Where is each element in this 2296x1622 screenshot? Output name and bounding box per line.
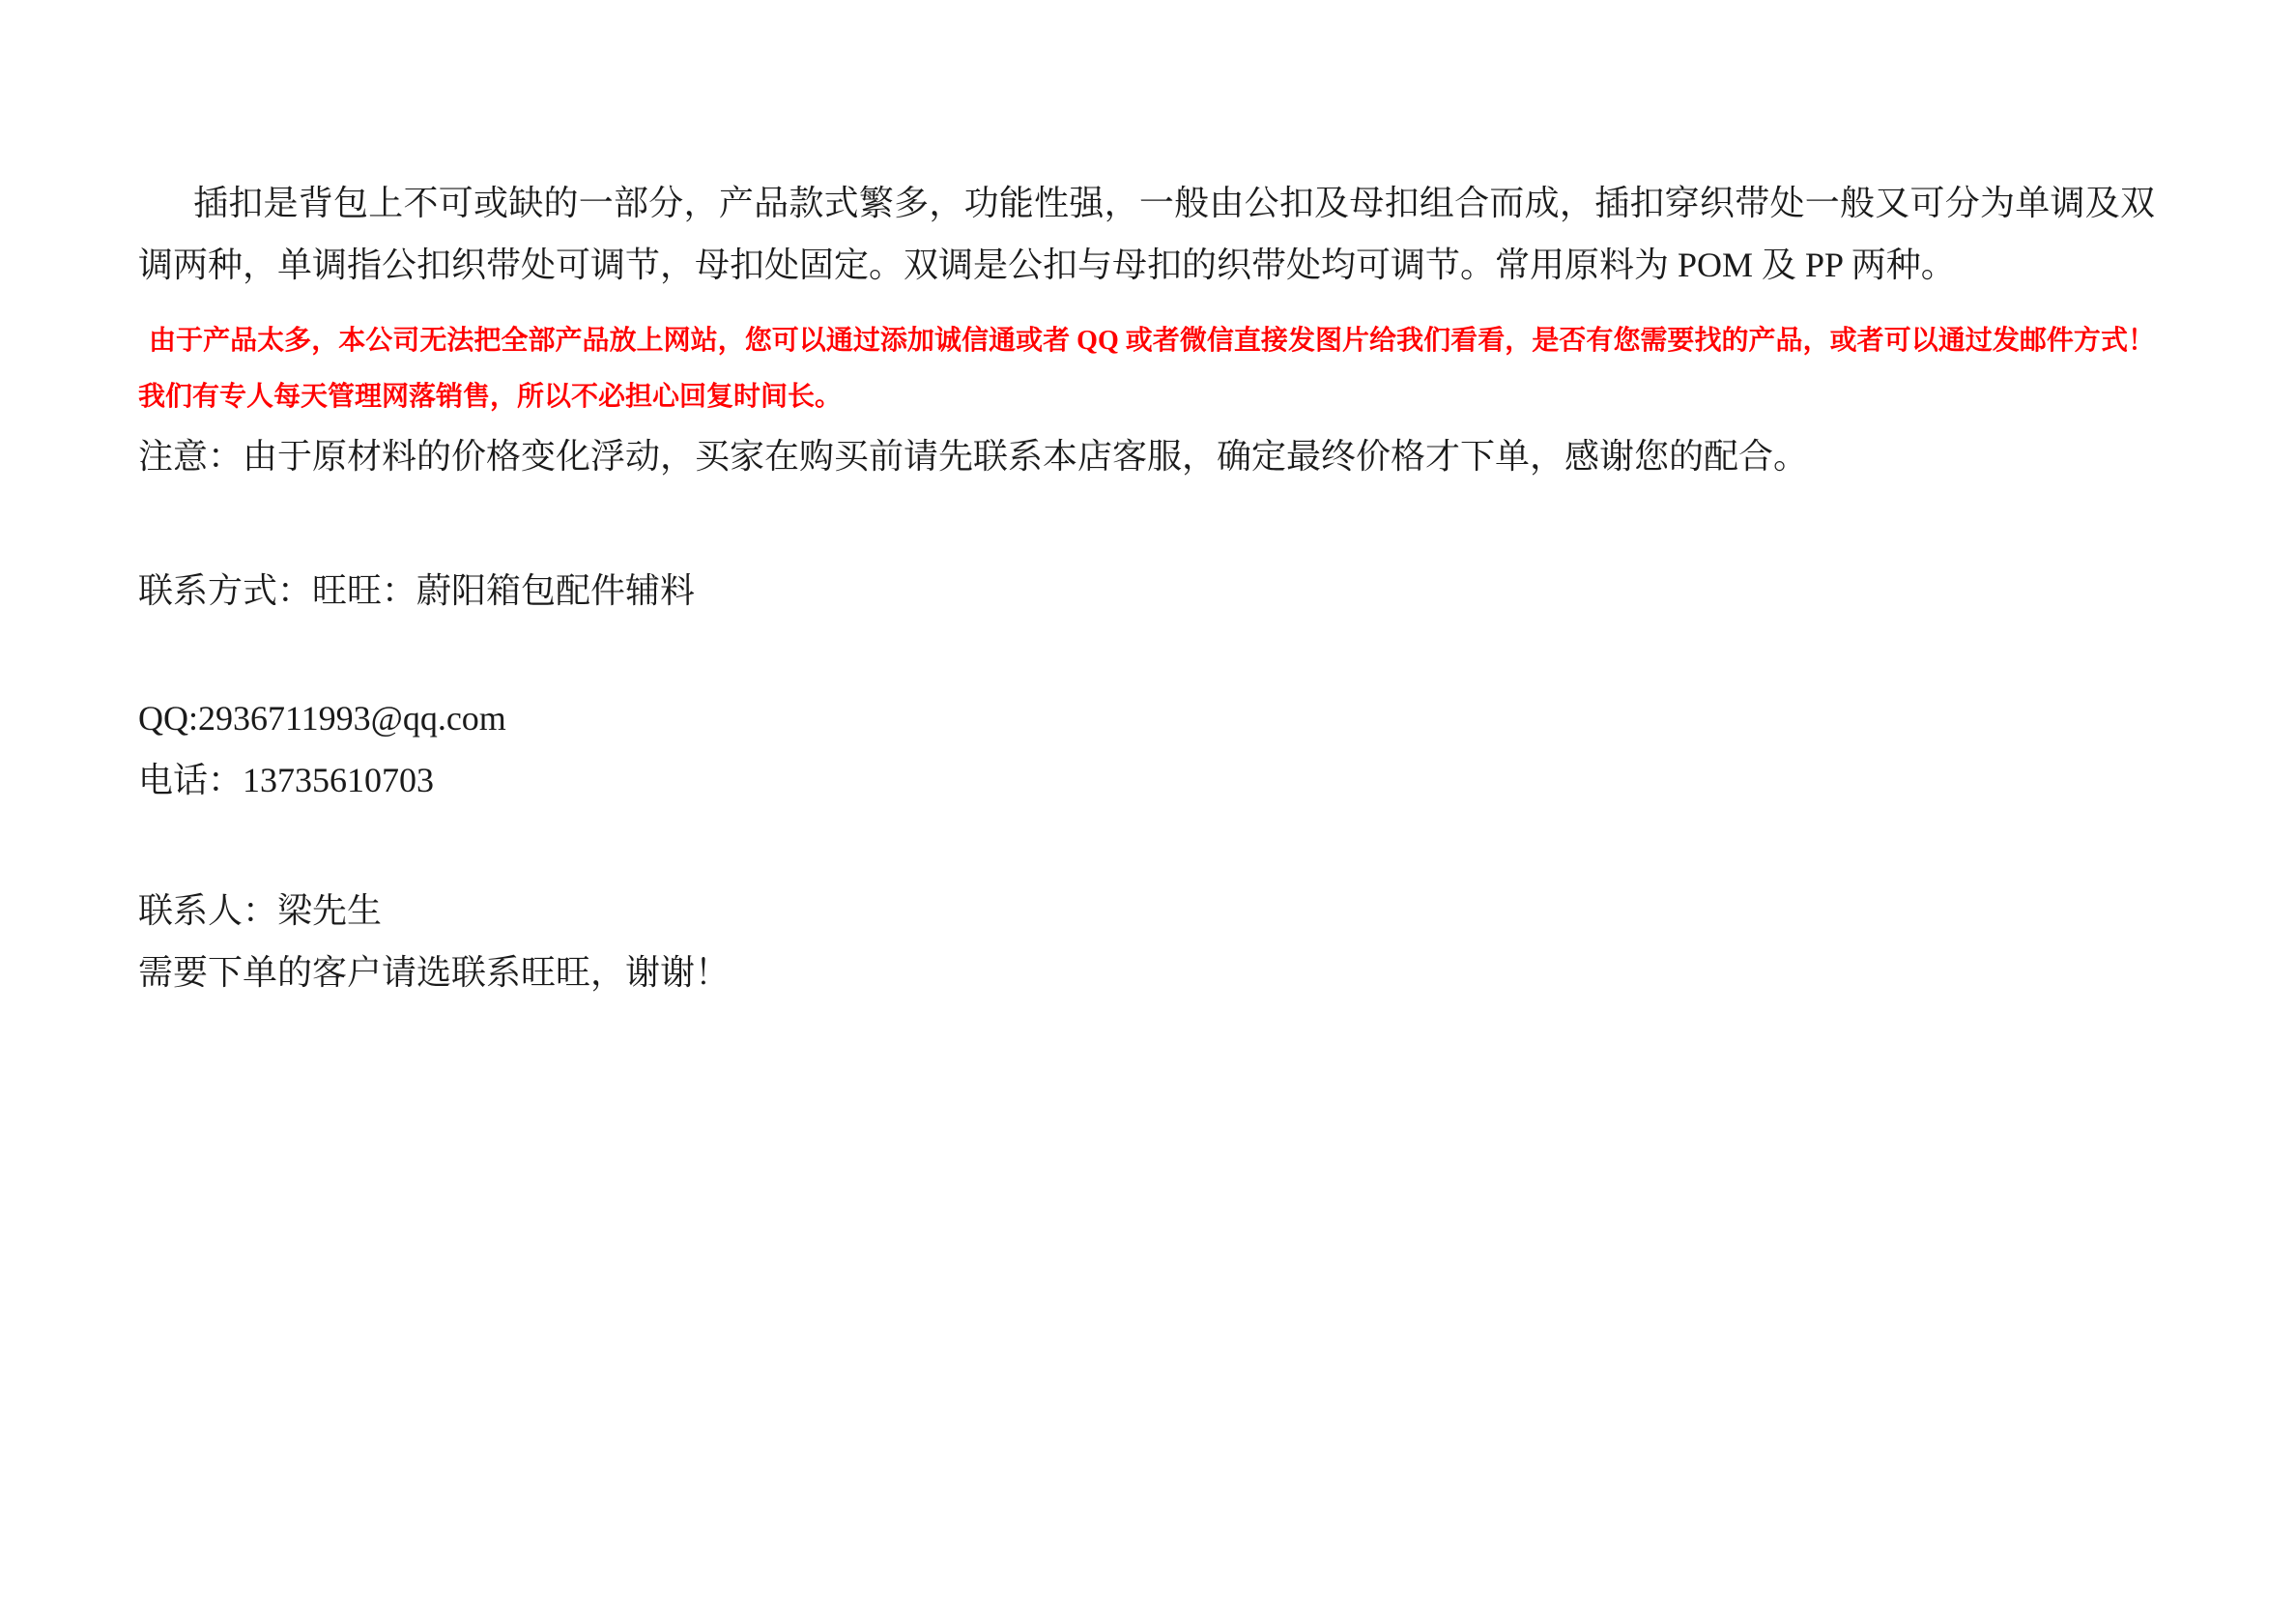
contact-wangwang-line: 联系方式：旺旺：蔚阳箱包配件辅料	[138, 560, 2155, 622]
red-notice-line-2: 我们有专人每天管理网落销售，所以不必担心回复时间长。	[138, 369, 2155, 425]
order-tip-line: 需要下单的客户请选联系旺旺，谢谢！	[138, 941, 2155, 1003]
intro-line-2: 调两种，单调指公扣织带处可调节，母扣处固定。双调是公扣与母扣的织带处均可调节。常…	[138, 234, 2155, 296]
price-note-line: 注意：由于原材料的价格变化浮动，买家在购买前请先联系本店客服，确定最终价格才下单…	[138, 425, 2155, 487]
intro-line-1: 插扣是背包上不可或缺的一部分，产品款式繁多，功能性强，一般由公扣及母扣组合而成，…	[138, 172, 2155, 234]
red-notice-paragraph: 由于产品太多，本公司无法把全部产品放上网站，您可以通过添加诚信通或者 QQ 或者…	[138, 313, 2155, 425]
contact-qq-line: QQ:2936711993@qq.com	[138, 687, 2155, 749]
document-content: 插扣是背包上不可或缺的一部分，产品款式繁多，功能性强，一般由公扣及母扣组合而成，…	[0, 0, 2296, 1003]
document-page: 插扣是背包上不可或缺的一部分，产品款式繁多，功能性强，一般由公扣及母扣组合而成，…	[0, 0, 2296, 1622]
intro-paragraph: 插扣是背包上不可或缺的一部分，产品款式繁多，功能性强，一般由公扣及母扣组合而成，…	[138, 172, 2155, 296]
contact-person-line: 联系人：梁先生	[138, 880, 2155, 941]
red-notice-line-1: 由于产品太多，本公司无法把全部产品放上网站，您可以通过添加诚信通或者 QQ 或者…	[138, 313, 2155, 369]
contact-phone-line: 电话：13735610703	[138, 749, 2155, 811]
